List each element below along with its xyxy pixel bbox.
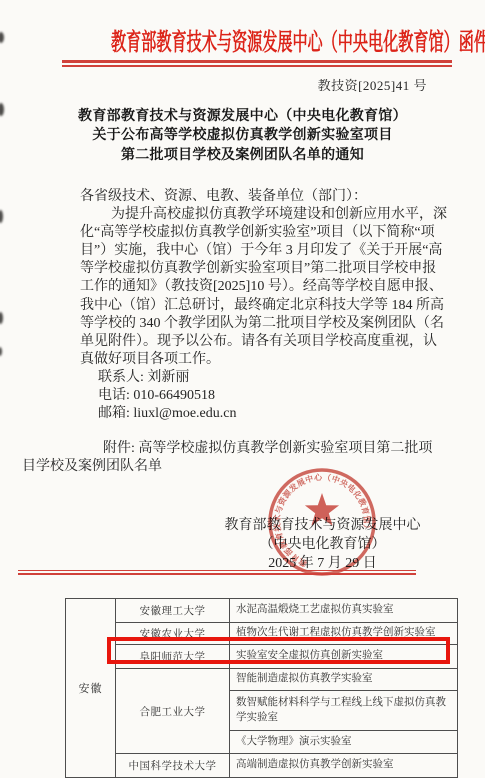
- lab-cell: 植物次生代谢工程虚拟仿真教学创新实验室: [230, 623, 458, 645]
- scan-smudge: [0, 347, 2, 356]
- notice-title-line: 第二批项目学校及案例团队名单的通知: [0, 146, 485, 165]
- attachment-line: 附件: 高等学校虚拟仿真教学创新实验室项目第二批项: [22, 440, 432, 458]
- notice-body: 各省级技术、资源、电教、装备单位（部门）： 为提升高校虚拟仿真教学环境建设和创新…: [80, 188, 432, 423]
- school-cell: 阜阳师范大学: [116, 645, 230, 669]
- province-cell: 安徽: [66, 599, 116, 778]
- table-row: 中国科学技术大学 高端制造虚拟仿真教学创新实验室: [66, 754, 458, 778]
- salutation: 各省级技术、资源、电教、装备单位（部门）：: [80, 188, 432, 206]
- notice-title-line: 教育部教育技术与资源发展中心（中央电化教育馆）: [0, 107, 485, 126]
- body-line: 目”）实施，我中心（馆）于今年 3 月印发了《关于开展“高: [80, 242, 432, 260]
- table-row: 安徽 安徽理工大学 水泥高温煅烧工艺虚拟仿真实验室: [66, 599, 458, 623]
- school-cell: 中国科学技术大学: [116, 754, 230, 778]
- lab-cell: 智能制造虚拟仿真教学实验室: [230, 669, 458, 691]
- body-line: 为提升高校虚拟仿真教学环境建设和创新应用水平，深: [80, 206, 432, 224]
- body-line: 我中心（馆）汇总研讨，最终确定北京科技大学等 184 所高: [80, 297, 432, 315]
- document-page: 教育部教育技术与资源发展中心（中央电化教育馆）函件 教技资[2025]41 号 …: [0, 0, 485, 778]
- table-row: 合肥工业大学 智能制造虚拟仿真教学实验室: [66, 669, 458, 691]
- body-line: 真做好项目各项工作。: [80, 351, 432, 369]
- lab-cell: 水泥高温煅烧工艺虚拟仿真实验室: [230, 599, 458, 623]
- scan-smudge: [0, 210, 3, 223]
- body-line: 单见附件）。现予以公布。请各有关项目学校高度重视，认: [80, 333, 432, 351]
- scan-smudge: [0, 312, 3, 324]
- project-list-table: 安徽 安徽理工大学 水泥高温煅烧工艺虚拟仿真实验室 安徽农业大学 植物次生代谢工…: [65, 598, 458, 778]
- school-cell: 安徽农业大学: [116, 623, 230, 645]
- contact-email: 邮箱: liuxl@moe.edu.cn: [80, 405, 432, 423]
- table-row: 安徽农业大学 植物次生代谢工程虚拟仿真教学创新实验室: [66, 623, 458, 645]
- table-row-highlighted: 阜阳师范大学 实验室安全虚拟仿真创新实验室: [66, 645, 458, 669]
- contact-person: 联系人: 刘新丽: [80, 369, 432, 387]
- contact-phone: 电话: 010-66490518: [80, 387, 432, 405]
- seal-star-icon: [305, 493, 339, 526]
- school-cell: 合肥工业大学: [116, 669, 230, 754]
- lab-cell: 《大学物理》演示实验室: [230, 731, 458, 754]
- document-number: 教技资[2025]41 号: [318, 75, 427, 94]
- seal-ring: [270, 470, 374, 574]
- body-line: 等学校虚拟仿真教学创新实验室项目”第二批项目学校申报: [80, 260, 432, 278]
- body-line: 化“高等学校虚拟仿真教学创新实验室”项目（以下简称“项: [80, 224, 432, 242]
- letterhead-divider: [62, 60, 452, 67]
- official-seal: 教育部教育技术与资源发展中心（中央电化教育馆）: [262, 462, 382, 582]
- page-separator: [18, 570, 416, 575]
- letterhead: 教育部教育技术与资源发展中心（中央电化教育馆）函件: [0, 22, 485, 57]
- lab-cell: 实验室安全虚拟仿真创新实验室: [230, 645, 458, 669]
- school-cell: 安徽理工大学: [116, 599, 230, 623]
- lab-cell: 数智赋能材料科学与工程线上线下虚拟仿真教学实验室: [230, 691, 458, 731]
- lab-cell: 高端制造虚拟仿真教学创新实验室: [230, 754, 458, 778]
- letterhead-title: 教育部教育技术与资源发展中心（中央电化教育馆）函件: [111, 22, 485, 57]
- notice-title: 教育部教育技术与资源发展中心（中央电化教育馆） 关于公布高等学校虚拟仿真教学创新…: [0, 107, 485, 165]
- notice-title-line: 关于公布高等学校虚拟仿真教学创新实验室项目: [0, 126, 485, 145]
- body-line: 工作的通知》（教技资[2025]10 号）。经高等学校自愿申报、: [80, 278, 432, 296]
- seal-text: 教育部教育技术与资源发展中心（中央电化教育馆）: [272, 472, 372, 570]
- body-line: 等学校的 340 个教学团队为第二批项目学校及案例团队（名: [80, 315, 432, 333]
